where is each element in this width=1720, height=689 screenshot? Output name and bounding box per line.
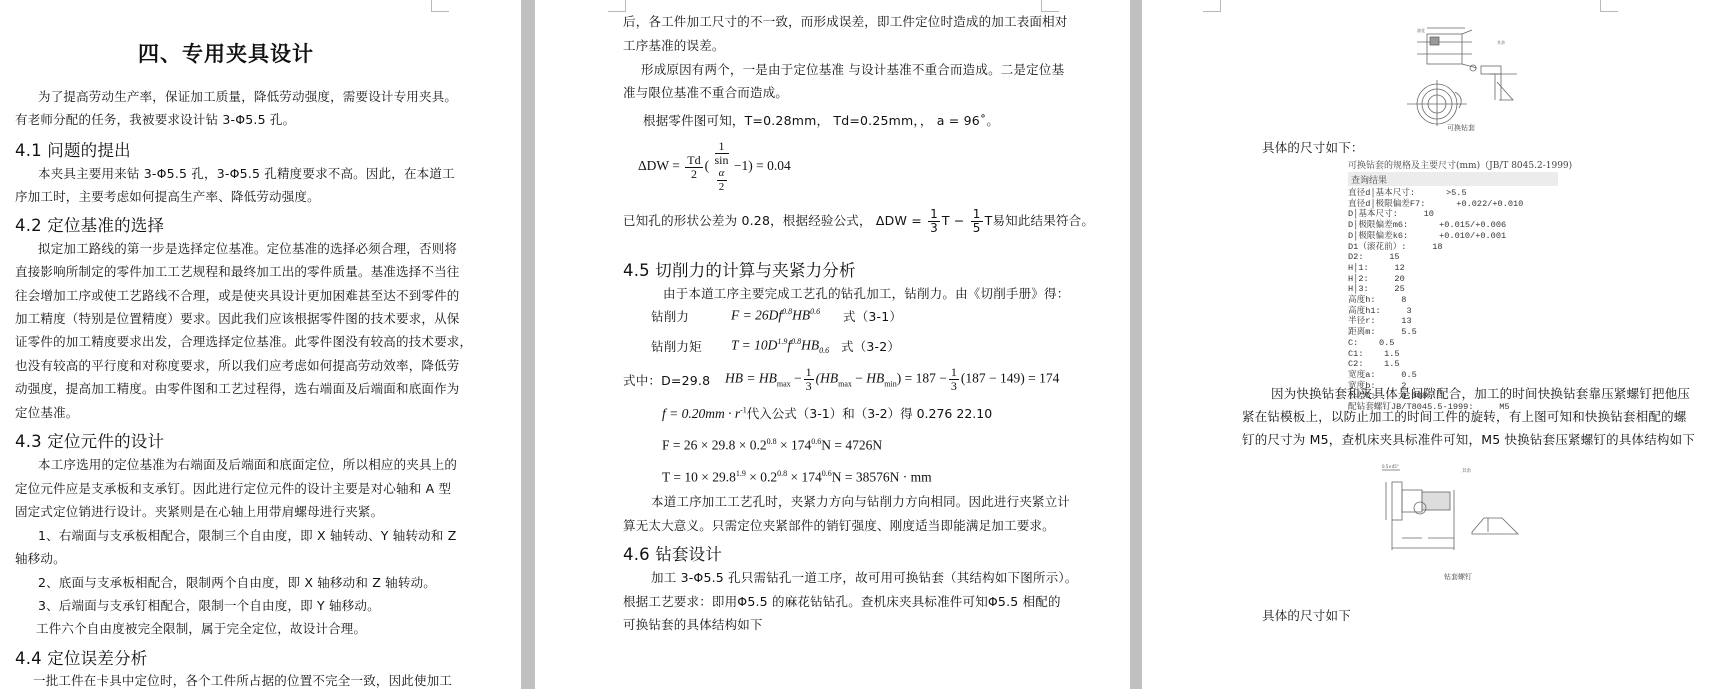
section-heading-4-4: 4.4 定位误差分析: [15, 645, 148, 669]
table-row: C2: 1.5: [1348, 359, 1523, 370]
paragraph-line: 也没有较高的平行度和对称度要求，所以我们应考虑如何提高劳动效率，降低劳: [15, 358, 460, 374]
table-row: 高度h: 8: [1348, 295, 1523, 306]
drill-bushing-drawing: 滚花 其余: [1397, 22, 1522, 130]
table-row: 高度h1: 3: [1348, 306, 1523, 317]
formula-label: 式中：D=29.8: [623, 373, 710, 389]
dimensions-label: 具体的尺寸如下: [1262, 608, 1351, 624]
paragraph-line: 证零件的加工精度要求出发，合理选择定位基准。此零件图没有较高的技术要求，: [15, 334, 472, 350]
paragraph-line: 紧在钻模板上，以防止加工的时间工件的旋转，有上图可知和快换钻套相配的螺: [1242, 409, 1687, 425]
known-tolerance-line: 已知孔的形状公差为 0.28，根据经验公式， ΔDW = 13T − 15T易知…: [623, 208, 1094, 235]
dimension-table: 直径d│基本尺寸: >5.5直径d│极限偏差F7: +0.022/+0.010D…: [1348, 188, 1523, 413]
paragraph-line: 2、底面与支承板相配合，限制两个自由度，即 X 轴移动和 Z 轴转动。: [38, 575, 436, 591]
section-heading-4-2: 4.2 定位基准的选择: [15, 212, 164, 236]
formula-drilling-force: F = 26Df0.8HB0.6: [731, 307, 820, 324]
table-row: C1: 1.5: [1348, 349, 1523, 360]
section-heading-4-3: 4.3 定位元件的设计: [15, 428, 164, 452]
paragraph-line: 轴移动。: [15, 551, 66, 567]
paragraph-line: 准与限位基准不重合而造成。: [623, 85, 788, 101]
table-row: 直径d│极限偏差F7: +0.022/+0.010: [1348, 199, 1523, 210]
table-row: 半径r: 13: [1348, 316, 1523, 327]
paragraph-line: 工序基准的误差。: [623, 38, 725, 54]
paragraph-line: 因为快换钻套和夹具体是间隙配合，加工的时间快换钻套靠压紧螺钉把他压: [1271, 386, 1690, 402]
table-row: 宽度a: 0.5: [1348, 370, 1523, 381]
formula-delta-dw: ΔDW = Td2( 1sin α2 −1) = 0.04: [638, 140, 791, 194]
page-corner-mark: [1600, 0, 1618, 12]
section-heading-4-6: 4.6 钻套设计: [623, 541, 722, 565]
formula-ref: 式（3-2）: [841, 339, 900, 355]
table-header: 查询结果: [1348, 172, 1558, 186]
paragraph-line: 固定式定位销进行设计。夹紧则是在心轴上用带肩螺母进行夹紧。: [15, 504, 383, 520]
formula-force-result: F = 26 × 29.8 × 0.20.8 × 1740.6N = 4726N: [662, 437, 882, 454]
formula-feed: f = 0.20mm · r-1代入公式（3-1）和（3-2）得 0.276 2…: [662, 404, 992, 422]
page-corner-mark: [1041, 0, 1059, 12]
table-row: D│极限偏差m6: +0.015/+0.006: [1348, 220, 1523, 231]
document-page-1: 四、专用夹具设计 为了提高劳动生产率，保证加工质量，降低劳动强度，需要设计专用夹…: [0, 0, 521, 689]
formula-torque-result: T = 10 × 29.81.9 × 0.20.8 × 1740.6N = 38…: [662, 469, 932, 486]
table-row: D│极限偏差k6: +0.010/+0.001: [1348, 231, 1523, 242]
chapter-title: 四、专用夹具设计: [138, 38, 314, 68]
formula-drilling-torque: T = 10D1.9f0.8HB0.6: [731, 337, 829, 355]
paragraph-line: 加工 3-Φ5.5 孔只需钻孔一道工序，故可用可换钻套（其结构如下图所示）。: [651, 570, 1077, 586]
svg-text:其余: 其余: [1497, 39, 1505, 45]
table-title: 可换钻套的规格及主要尺寸(mm)（JB/T 8045.2-1999): [1348, 158, 1572, 171]
svg-text:0.5×45°: 0.5×45°: [1382, 464, 1399, 469]
paragraph-line: 动强度，提高加工精度。由零件图和工艺过程得，选右端面及后端面和底面作为: [15, 381, 460, 397]
formula-label: 钻削力: [651, 309, 689, 325]
paragraph-line: 本道工序加工工艺孔时，夹紧力方向与钻削力方向相同。因此进行夹紧立计: [651, 494, 1070, 510]
paragraph-line: 有老师分配的任务，我被要求设计钻 3-Φ5.5 孔。: [15, 112, 295, 128]
formula-ref: 式（3-1）: [843, 309, 902, 325]
table-row: H│2: 20: [1348, 274, 1523, 285]
table-row: D│基本尺寸: 10: [1348, 209, 1523, 220]
figure-caption: 可换钻套: [1447, 123, 1475, 133]
paragraph-line: 可换钻套的具体结构如下: [623, 617, 763, 633]
page-corner-mark: [608, 0, 626, 12]
paragraph-line: 后，各工件加工尺寸的不一致，而形成误差，即工件定位时造成的加工表面相对: [623, 14, 1068, 30]
table-row: H│3: 25: [1348, 284, 1523, 295]
page-corner-mark: [1203, 0, 1221, 12]
section-heading-4-1: 4.1 问题的提出: [15, 137, 131, 161]
formula-hardness: HB = HBmax −13(HBmax − HBmin) = 187 −13(…: [725, 366, 1059, 393]
paragraph-line: 定位基准。: [15, 405, 79, 421]
svg-text:其余: 其余: [1462, 467, 1471, 474]
paragraph-line: 定位元件应是支承板和支承钉。因此进行定位元件的设计主要是对心轴和 A 型: [15, 481, 451, 497]
table-row: H│1: 12: [1348, 263, 1523, 274]
paragraph-line: 为了提高劳动生产率，保证加工质量，降低劳动强度，需要设计专用夹具。: [38, 89, 457, 105]
table-row: C: 0.5: [1348, 338, 1523, 349]
paragraph-line: 一批工件在卡具中定位时，各个工件所占据的位置不完全一致，因此使加工: [33, 673, 452, 689]
table-row: D1（滚花前）: 18: [1348, 242, 1523, 253]
paragraph-line: 拟定加工路线的第一步是选择定位基准。定位基准的选择必须合理，否则将: [38, 241, 457, 257]
table-row: 距离m: 5.5: [1348, 327, 1523, 338]
document-page-3: 滚花 其余 可换钻套 具体的尺寸如下： 可换钻套的规格及主要尺寸(mm)（JB/…: [1142, 0, 1720, 689]
document-page-2: 后，各工件加工尺寸的不一致，而形成误差，即工件定位时造成的加工表面相对 工序基准…: [535, 0, 1130, 689]
figure-caption: 钻套螺钉: [1444, 572, 1472, 582]
paragraph-line: 根据零件图可知，T=0.28mm， Td=0.25mm，， a = 96˚。: [643, 113, 999, 129]
paragraph-line: 钉的尺寸为 M5，查机床夹具标准件可知，M5 快换钻套压紧螺钉的具体结构如下: [1242, 432, 1695, 448]
paragraph-line: 加工精度（特别是位置精度）要求。因此我们应该根据零件图的技术要求，从保: [15, 311, 460, 327]
paragraph-line: 由于本道工序主要完成工艺孔的钻孔加工，钻削力。由《切削手册》得：: [663, 286, 1069, 302]
paragraph-line: 往会增加工序或使工艺路线不合理，或是使夹具设计更加困难甚至达不到零件的: [15, 288, 460, 304]
bushing-screw-drawing: 0.5×45° 其余: [1362, 462, 1522, 557]
paragraph-line: 序加工时，主要考虑如何提高生产率、降低劳动强度。: [15, 189, 320, 205]
paragraph-line: 算无太大意义。只需定位夹紧部件的销钉强度、刚度适当即能满足加工要求。: [623, 518, 1055, 534]
paragraph-line: 3、后端面与支承钉相配合，限制一个自由度，即 Y 轴移动。: [38, 598, 380, 614]
paragraph-line: 直接影响所制定的零件加工工艺规程和最终加工出的零件质量。基准选择不当往: [15, 264, 460, 280]
paragraph-line: 根据工艺要求：即用Φ5.5 的麻花钻钻孔。查机床夹具标准件可知Φ5.5 相配的: [623, 594, 1061, 610]
paragraph-line: 本夹具主要用来钻 3-Φ5.5 孔，3-Φ5.5 孔精度要求不高。因此，在本道工: [38, 166, 455, 182]
formula-label: 钻削力矩: [651, 339, 702, 355]
paragraph-line: 形成原因有两个，一是由于定位基准 与设计基准不重合而造成。二是定位基: [641, 62, 1064, 78]
paragraph-line: 1、右端面与支承板相配合，限制三个自由度，即 X 轴转动、Y 轴转动和 Z: [38, 528, 457, 544]
section-heading-4-5: 4.5 切削力的计算与夹紧力分析: [623, 257, 856, 281]
paragraph-line: 工件六个自由度被完全限制，属于完全定位，故设计合理。: [36, 621, 366, 637]
dimensions-label: 具体的尺寸如下：: [1262, 140, 1364, 156]
table-row: 直径d│基本尺寸: >5.5: [1348, 188, 1523, 199]
table-row: D2: 15: [1348, 252, 1523, 263]
page-corner-mark: [431, 0, 449, 12]
paragraph-line: 本工序选用的定位基准为右端面及后端面和底面定位，所以相应的夹具上的: [38, 457, 457, 473]
svg-text:滚花: 滚花: [1417, 27, 1425, 33]
